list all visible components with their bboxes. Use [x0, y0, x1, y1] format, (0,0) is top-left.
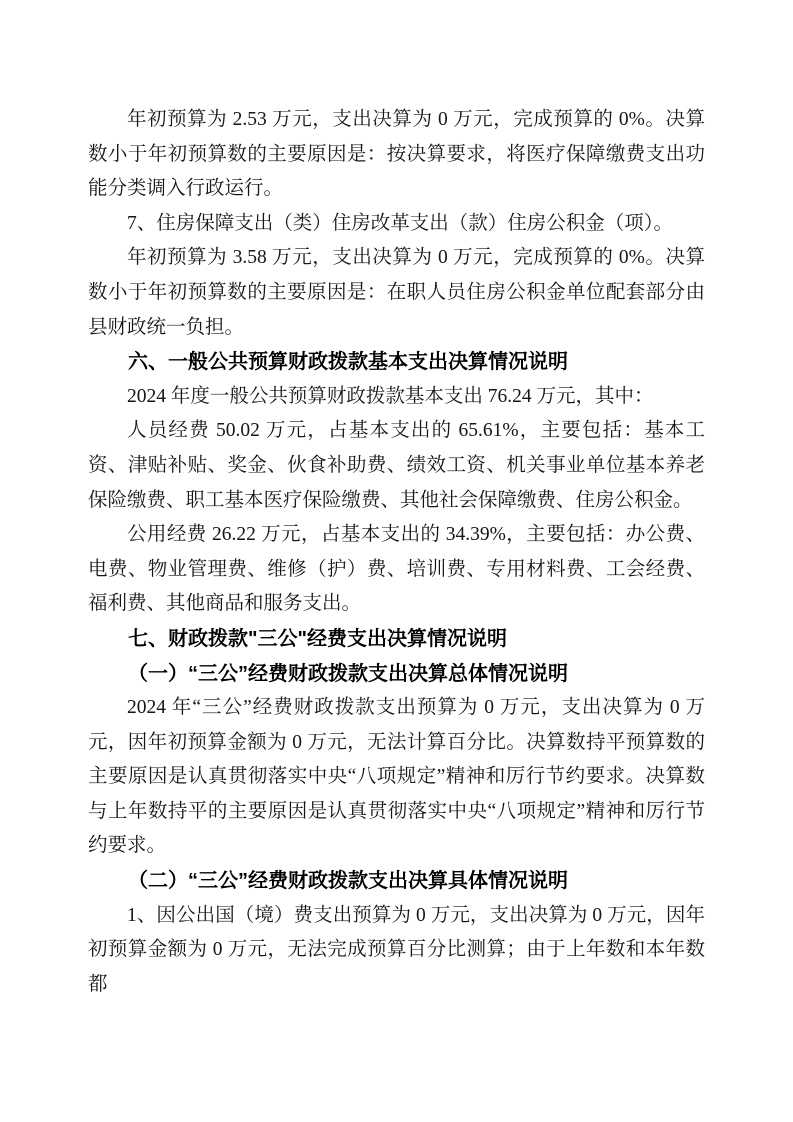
heading-section-6-basic-expenditure: 六、一般公共预算财政拨款基本支出决算情况说明 [88, 345, 705, 380]
paragraph-item7-housing-security: 7、住房保障支出（类）住房改革支出（款）住房公积金（项）。 [88, 207, 705, 242]
paragraph-overseas-travel-expense: 1、因公出国（境）费支出预算为 0 万元，支出决算为 0 万元，因年初预算金额为… [88, 899, 705, 1003]
paragraph-personnel-funds: 人员经费 50.02 万元，占基本支出的 65.61%，主要包括：基本工资、津贴… [88, 414, 705, 518]
paragraph-three-public-overall-explanation: 2024 年“三公”经费财政拨款支出预算为 0 万元，支出决算为 0 万元，因年… [88, 691, 705, 864]
heading-section-7-three-public-funds: 七、财政拨款"三公"经费支出决算情况说明 [88, 622, 705, 657]
paragraph-housing-fund-explanation: 年初预算为 3.58 万元，支出决算为 0 万元，完成预算的 0%。决算数小于年… [88, 241, 705, 345]
paragraph-public-operating-funds: 公用经费 26.22 万元，占基本支出的 34.39%，主要包括：办公费、电费、… [88, 518, 705, 622]
document-page: 年初预算为 2.53 万元，支出决算为 0 万元，完成预算的 0%。决算数小于年… [0, 0, 793, 1122]
paragraph-basic-expenditure-total: 2024 年度一般公共预算财政拨款基本支出 76.24 万元，其中： [88, 380, 705, 415]
paragraph-medical-insurance-explanation: 年初预算为 2.53 万元，支出决算为 0 万元，完成预算的 0%。决算数小于年… [88, 103, 705, 207]
heading-section-7-2-specific: （二）“三公”经费财政拨款支出决算具体情况说明 [88, 864, 705, 899]
heading-section-7-1-overall: （一）“三公”经费财政拨款支出决算总体情况说明 [88, 657, 705, 692]
